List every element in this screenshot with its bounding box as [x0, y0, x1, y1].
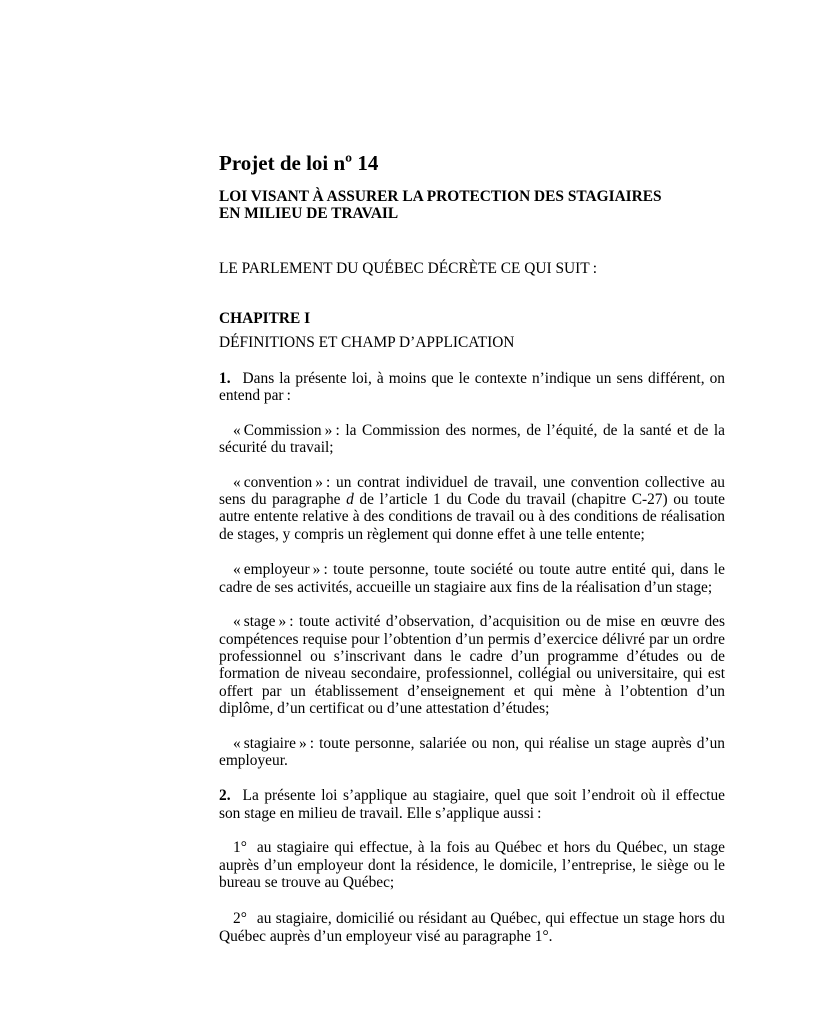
article-2-number: 2. — [219, 787, 231, 804]
definition-convention-italic-term: d — [346, 491, 354, 508]
bill-page-content: Projet de loi nº 14 LOI VISANT À ASSURER… — [219, 151, 725, 945]
article-1-number: 1. — [219, 370, 231, 387]
bill-title-line-2: EN MILIEU DE TRAVAIL — [219, 205, 725, 222]
item-1-text: au stagiaire qui effectue, à la fois au … — [219, 839, 725, 891]
definition-stage: « stage » : toute activité d’observation… — [219, 613, 725, 717]
article-2-item-1: 1°au stagiaire qui effectue, à la fois a… — [219, 839, 725, 891]
article-2-item-2: 2°au stagiaire, domicilié ou résidant au… — [219, 910, 725, 945]
enacting-clause: LE PARLEMENT DU QUÉBEC DÉCRÈTE CE QUI SU… — [219, 260, 725, 277]
article-2-text: La présente loi s’applique au stagiaire,… — [219, 787, 725, 821]
document-page: { "doc": { "bill_number_title": "Projet … — [0, 0, 833, 1024]
definition-stagiaire: « stagiaire » : toute personne, salariée… — [219, 735, 725, 770]
article-1-text: Dans la présente loi, à moins que le con… — [219, 370, 725, 404]
bill-title-line-1: LOI VISANT À ASSURER LA PROTECTION DES S… — [219, 188, 725, 205]
item-1-marker: 1° — [233, 839, 247, 856]
definition-convention: « convention » : un contrat individuel d… — [219, 474, 725, 544]
definition-commission: « Commission » : la Commission des norme… — [219, 422, 725, 457]
definition-employeur: « employeur » : toute personne, toute so… — [219, 561, 725, 596]
article-2: 2.La présente loi s’applique au stagiair… — [219, 787, 725, 822]
item-2-marker: 2° — [233, 910, 247, 927]
bill-title: LOI VISANT À ASSURER LA PROTECTION DES S… — [219, 188, 725, 223]
item-2-text: au stagiaire, domicilié ou résidant au Q… — [219, 910, 725, 944]
chapter-heading: CHAPITRE I — [219, 310, 725, 327]
article-1: 1.Dans la présente loi, à moins que le c… — [219, 370, 725, 405]
bill-number-title: Projet de loi nº 14 — [219, 151, 725, 175]
chapter-title: DÉFINITIONS ET CHAMP D’APPLICATION — [219, 334, 725, 351]
